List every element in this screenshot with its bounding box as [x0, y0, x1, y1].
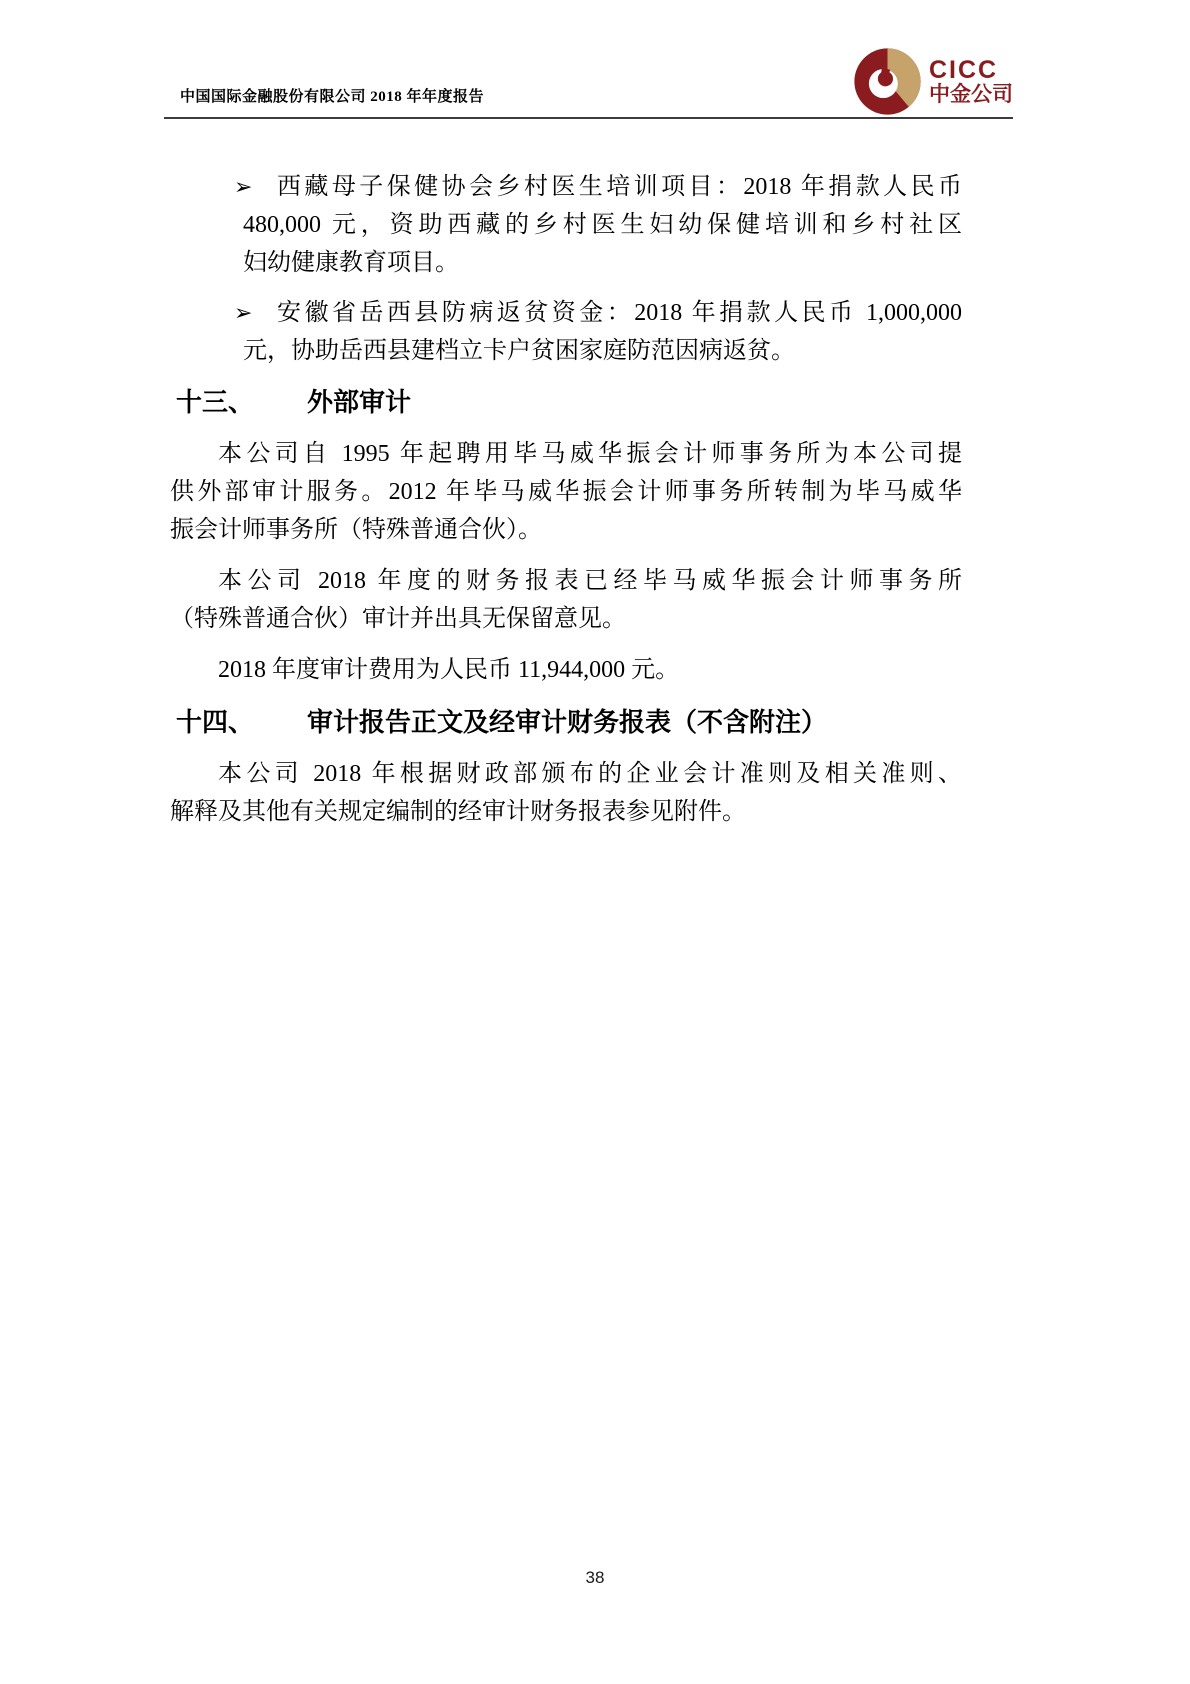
report-header-title: 中国国际金融股份有限公司 2018 年年度报告 — [180, 85, 484, 106]
paragraph-line: 本公司 2018 年度的财务报表已经毕马威华振会计师事务所 — [170, 562, 962, 600]
paragraph-line: （特殊普通合伙）审计并出具无保留意见。 — [170, 600, 962, 638]
page-footer: 38 — [0, 1568, 1190, 1588]
bullet-text-line: 元，协助岳西县建档立卡户贫困家庭防范因病返贫。 — [243, 332, 962, 370]
bullet-item: ➢安徽省岳西县防病返贫资金：2018 年捐款人民币 1,000,000元，协助岳… — [170, 294, 962, 370]
paragraph-line: 本公司自 1995 年起聘用毕马威华振会计师事务所为本公司提 — [170, 435, 962, 473]
paragraph-line: 本公司 2018 年根据财政部颁布的企业会计准则及相关准则、 — [170, 755, 962, 793]
bullet-text-line: 安徽省岳西县防病返贫资金：2018 年捐款人民币 1,000,000 — [243, 294, 962, 332]
logo-text-cn: 中金公司 — [929, 83, 1013, 107]
bullet-list: ➢西藏母子保健协会乡村医生培训项目：2018 年捐款人民币480,000 元，资… — [170, 168, 962, 370]
bullet-text-line: 480,000 元，资助西藏的乡村医生妇幼保健培训和乡村社区 — [243, 206, 962, 244]
paragraph: 2018 年度审计费用为人民币 11,944,000 元。 — [170, 651, 962, 689]
paragraph: 本公司自 1995 年起聘用毕马威华振会计师事务所为本公司提供外部审计服务。20… — [170, 435, 962, 549]
bullet-item: ➢西藏母子保健协会乡村医生培训项目：2018 年捐款人民币480,000 元，资… — [170, 168, 962, 282]
section-heading: 十三、外部审计 — [170, 382, 962, 422]
section-number: 十四、 — [176, 702, 307, 742]
arrow-bullet-icon: ➢ — [234, 169, 252, 207]
paragraph: 本公司 2018 年度的财务报表已经毕马威华振会计师事务所（特殊普通合伙）审计并… — [170, 562, 962, 638]
paragraph: 本公司 2018 年根据财政部颁布的企业会计准则及相关准则、解释及其他有关规定编… — [170, 755, 962, 831]
section-title: 审计报告正文及经审计财务报表（不含附注） — [307, 707, 827, 737]
bullet-text-line: 西藏母子保健协会乡村医生培训项目：2018 年捐款人民币 — [243, 168, 962, 206]
bullet-text-line: 妇幼健康教育项目。 — [243, 244, 962, 282]
arrow-bullet-icon: ➢ — [234, 295, 252, 333]
cicc-logo-text: CICC 中金公司 — [929, 57, 1013, 107]
section-list: 十三、外部审计本公司自 1995 年起聘用毕马威华振会计师事务所为本公司提供外部… — [170, 382, 962, 831]
document-page: 中国国际金融股份有限公司 2018 年年度报告 CICC 中金公司 ➢西藏母子保… — [0, 0, 1190, 1684]
section-title: 外部审计 — [307, 387, 411, 417]
paragraph-line: 振会计师事务所（特殊普通合伙）。 — [170, 511, 962, 549]
cicc-logo: CICC 中金公司 — [853, 47, 1013, 116]
paragraph-line: 2018 年度审计费用为人民币 11,944,000 元。 — [170, 651, 962, 689]
document-body: ➢西藏母子保健协会乡村医生培训项目：2018 年捐款人民币480,000 元，资… — [170, 168, 962, 844]
header-divider — [164, 117, 1013, 119]
cicc-logo-icon — [853, 47, 922, 116]
page-number: 38 — [586, 1568, 605, 1587]
section-number: 十三、 — [176, 382, 307, 422]
logo-text-en: CICC — [929, 57, 1013, 83]
section-heading: 十四、审计报告正文及经审计财务报表（不含附注） — [170, 702, 962, 742]
paragraph-line: 供外部审计服务。2012 年毕马威华振会计师事务所转制为毕马威华 — [170, 473, 962, 511]
paragraph-line: 解释及其他有关规定编制的经审计财务报表参见附件。 — [170, 793, 962, 831]
